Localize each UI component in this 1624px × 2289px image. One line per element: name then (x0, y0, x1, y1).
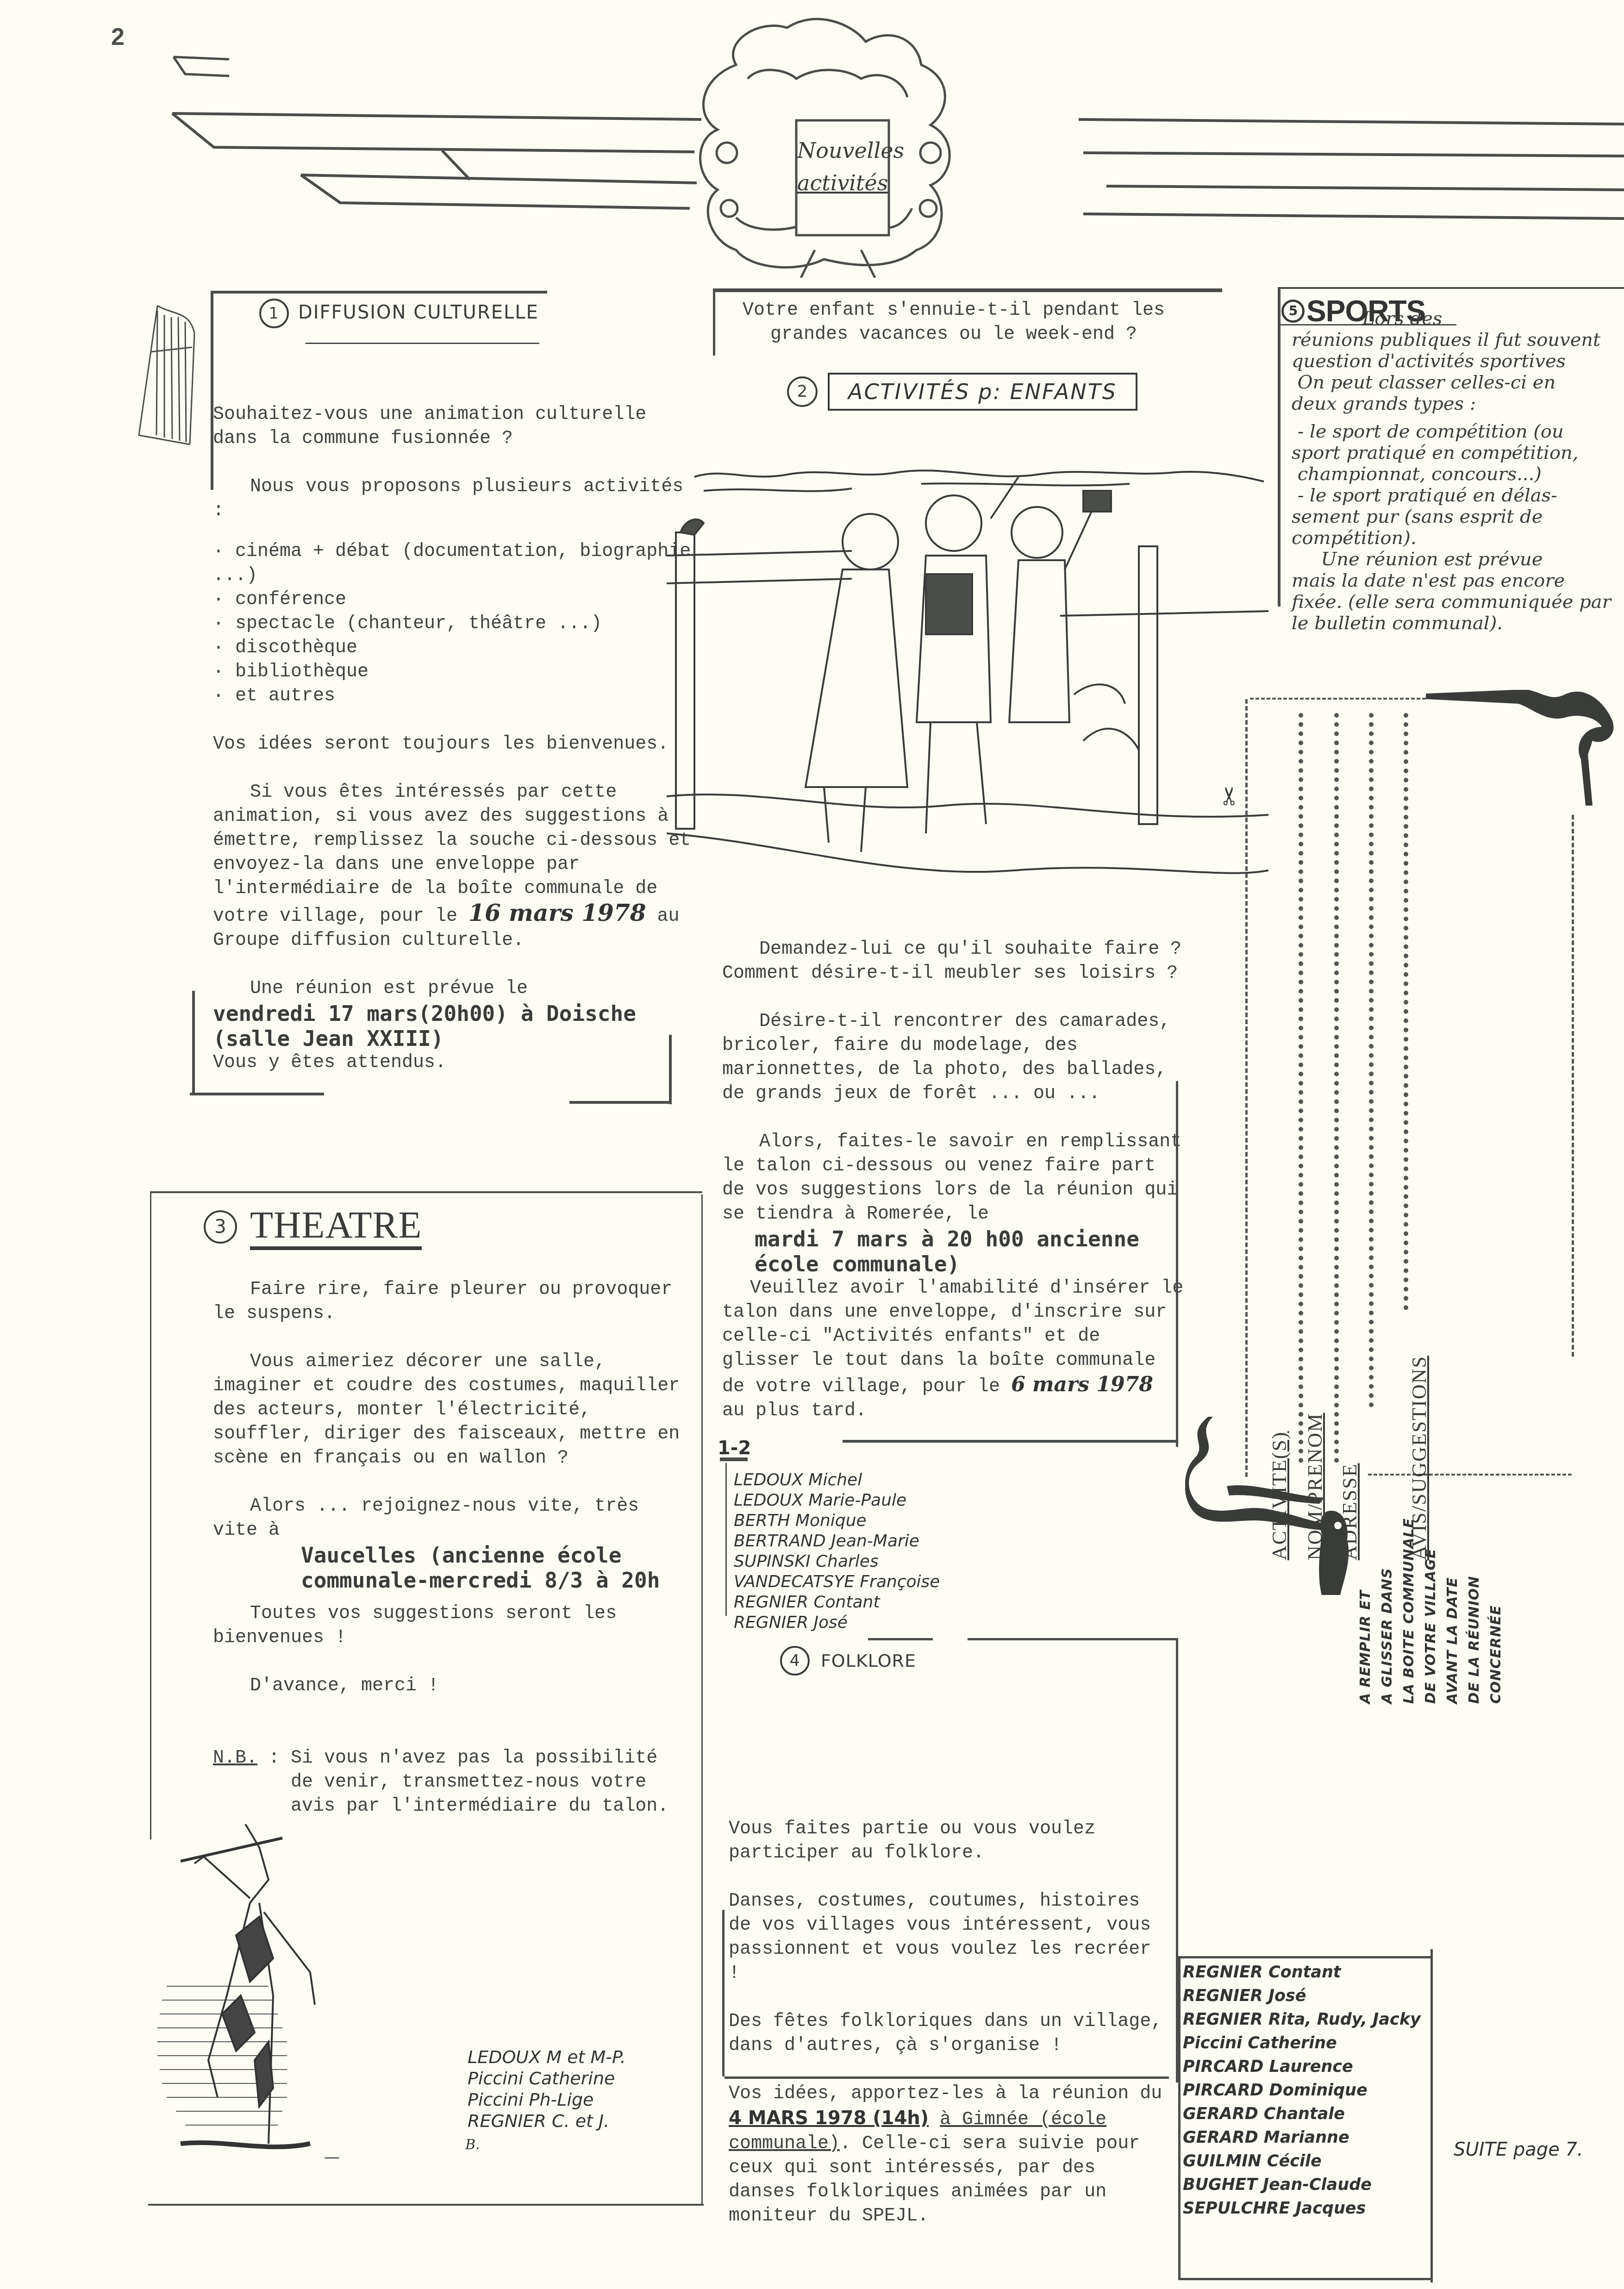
activity-item: spectacle (chanteur, théâtre ...) (213, 612, 694, 636)
contact-name: LEDOUX Michel (734, 1470, 940, 1490)
section2-p1: Demandez-lui ce qu'il souhaite faire ? C… (722, 938, 1185, 986)
contact-name: GUILMIN Cécile (1183, 2150, 1421, 2173)
section4-contacts-box-right (1430, 1949, 1433, 2283)
talon-cut-line-left[interactable] (1245, 699, 1248, 1477)
contact-name: SUPINSKI Charles (734, 1551, 940, 1572)
section2-frame-left (713, 291, 715, 356)
section5-line: On peut classer celles-ci en (1292, 372, 1624, 393)
section5-frame-left (1278, 287, 1280, 607)
section3-p5: D'avance, merci ! (213, 1674, 690, 1698)
section2-box-right (1176, 1081, 1178, 1447)
section3-frame-bottom (148, 2204, 704, 2206)
talon-instruction-line: A GLISSER DANS (1379, 1568, 1395, 1704)
section2-body: Demandez-lui ce qu'il souhaite faire ? C… (722, 938, 1185, 1423)
section4-p4-start: Vos idées, apportez-les à la réunion du (729, 2083, 1162, 2104)
section5-line: réunions publiques il fut souvent (1292, 329, 1624, 350)
section1-title-underline (306, 343, 539, 344)
section2-box-bottom (843, 1440, 1176, 1443)
activity-item: discothèque (213, 636, 694, 660)
section4-number-badge: 4 (780, 1646, 810, 1676)
section4-contacts-box-top (1178, 1956, 1433, 1958)
section1-heading: 1DIFFUSION CULTURELLE (259, 299, 539, 328)
section4-heading: 4 FOLKLORE (780, 1646, 916, 1676)
section1-proposal: Nous vous proposons plusieurs activités … (213, 475, 694, 523)
section2-frame-top (713, 288, 1222, 292)
harp-illustration (130, 296, 204, 449)
contact-name: REGNIER C. et J. (468, 2110, 626, 2132)
section5-line: Lors des (1292, 308, 1624, 329)
section4-body: Vous faites partie ou vous voulez partic… (729, 1817, 1173, 2228)
section2-meeting-detail: mardi 7 mars à 20 h00 ancienne école com… (722, 1226, 1185, 1276)
section5-line: sement pur (sans esprit de (1292, 506, 1624, 527)
section1-number-badge: 1 (259, 299, 289, 328)
contact-name: PIRCARD Dominique (1183, 2079, 1421, 2102)
scissors-icon: ✂ (1209, 786, 1250, 806)
section1-box-bottom (569, 1101, 671, 1104)
section4-contacts-box-left (1178, 1956, 1181, 2280)
section3-p1: Faire rire, faire pleurer ou provoquer l… (213, 1278, 690, 1326)
section3-heading: 3 THEATRE (204, 1204, 422, 1250)
contact-name: REGNIER Rita, Rudy, Jacky (1183, 2008, 1421, 2032)
contact-name: PIRCARD Laurence (1183, 2055, 1421, 2079)
section1-ideas: Vos idées seront toujours les bienvenues… (213, 732, 694, 757)
section4-p4: Vos idées, apportez-les à la réunion du … (729, 2082, 1173, 2228)
contact-name: Piccini Ph-Lige (468, 2089, 626, 2110)
section2-p2: Désire-t-il rencontrer des camarades, br… (722, 1010, 1185, 1106)
illustration-signature: B. (465, 2137, 480, 2153)
contact-name: GERARD Marianne (1183, 2126, 1421, 2150)
contact-name: Piccini Catherine (1183, 2032, 1421, 2055)
section3-frame-right (701, 1195, 703, 2204)
section5-line: mais la date n'est pas encore (1292, 570, 1624, 591)
section3-p2: Vous aimeriez décorer une salle, imagine… (213, 1350, 690, 1470)
section1-meeting-detail: vendredi 17 mars(20h00) à Doische (salle… (213, 1001, 694, 1051)
contact-name: GERARD Chantale (1183, 2102, 1421, 2126)
section1-body: Souhaitez-vous une animation culturelle … (213, 403, 694, 1075)
illustration-signature: — (324, 2148, 340, 2166)
header-title-line2: activités (797, 167, 888, 199)
section1-box-bottom (190, 1093, 324, 1095)
section1-box-left (192, 991, 195, 1093)
section2-heading: 2 ACTIVITÉS p: ENFANTS (787, 373, 1137, 411)
contact-name: BERTRAND Jean-Marie (734, 1531, 940, 1551)
section4-frame-top (968, 1638, 1177, 1640)
talon-instruction-line: AVANT LA DATE (1444, 1577, 1461, 1704)
section1-deadline: 16 mars 1978 (468, 899, 646, 926)
talon-instruction-line: A REMPLIR ET (1357, 1590, 1374, 1704)
section4-p1: Vous faites partie ou vous voulez partic… (729, 1817, 1173, 1865)
talon-dotted-line (1404, 713, 1413, 1310)
continued-on-page-link[interactable]: SUITE page 7. (1454, 2139, 1583, 2160)
section1-instructions: Si vous êtes intéressés par cette animat… (213, 781, 694, 953)
contact-name: VANDECATSYE Françoise (734, 1572, 940, 1592)
section2-p4-end: au plus tard. (722, 1401, 867, 1421)
section3-nb-text: Si vous n'avez pas la possibilité de ven… (291, 1746, 690, 1819)
section5-line: deux grands types : (1292, 393, 1624, 414)
talon-instruction-line: LA BOITE COMMUNALE (1401, 1518, 1417, 1704)
contact-name: Piccini Catherine (468, 2068, 626, 2089)
section1-intro: Souhaitez-vous une animation culturelle … (213, 403, 694, 451)
section2-deadline: 6 mars 1978 (1011, 1373, 1153, 1396)
contact-name: REGNIER Contant (734, 1592, 940, 1613)
section3-meeting-detail: Vaucelles (ancienne école communale-merc… (213, 1543, 690, 1593)
section2-p4: Veuillez avoir l'amabilité d'insérer le … (722, 1276, 1185, 1423)
section4-date: 4 MARS 1978 (14h) (729, 2108, 929, 2129)
activity-item: et autres (213, 684, 694, 708)
section1-title: DIFFUSION CULTURELLE (298, 302, 539, 323)
activity-item: bibliothèque (213, 660, 694, 684)
section4-p3: Des fêtes folkloriques dans un village, … (729, 2010, 1173, 2058)
activity-item: conférence (213, 588, 694, 612)
section5-line: championnat, concours...) (1292, 463, 1624, 485)
talon-dotted-line (1299, 713, 1308, 1463)
section5-body: Lors des réunions publiques il fut souve… (1292, 308, 1624, 634)
header-title: Nouvelles activités (797, 134, 888, 199)
section1-closing: Vous y êtes attendus. (213, 1051, 694, 1075)
pointing-hand-illustration (1312, 1507, 1359, 1600)
section2-intro: Votre enfant s'ennuie-t-il pendant les g… (722, 299, 1185, 347)
talon-dotted-line (1334, 713, 1343, 1463)
talon-instruction-line: CONCERNÉE (1488, 1605, 1504, 1704)
section5-line: - le sport de compétition (ou (1292, 421, 1624, 442)
section3-frame-top (151, 1191, 702, 1193)
section4-p2: Danses, costumes, coutumes, histoires de… (729, 1889, 1173, 1986)
contact-name: REGNIER José (1183, 1984, 1421, 2008)
section5-line: fixée. (elle sera communiquée par (1292, 591, 1624, 613)
section3-number-badge: 3 (204, 1210, 237, 1244)
section3-p3: Alors ... rejoignez-nous vite, très vite… (213, 1495, 690, 1543)
section4-frame-top (868, 1638, 933, 1640)
contact-name: LEDOUX M et M-P. (468, 2046, 626, 2068)
header-title-line1: Nouvelles (797, 134, 888, 167)
section3-contacts: LEDOUX M et M-P. Piccini Catherine Picci… (468, 2046, 626, 2132)
section3-nb-label: N.B. (213, 1746, 257, 1819)
contacts-1-2-label: 1-2 (718, 1438, 751, 1459)
contact-name: BERTH Monique (734, 1511, 940, 1531)
section4-box-left (722, 1910, 725, 2076)
talon-instruction-line: DE LA RÉUNION (1466, 1576, 1482, 1704)
talon-instruction-line: DE VOTRE VILLAGE (1423, 1549, 1439, 1704)
section5-line: compétition). (1292, 527, 1624, 549)
contacts-1-2-rule (725, 1463, 727, 1616)
section2-p3: Alors, faites-le savoir en remplissant l… (722, 1130, 1185, 1226)
talon-dotted-line (1369, 713, 1378, 1407)
activity-item: cinéma + débat (documentation, biographi… (213, 540, 694, 588)
talon-cut-line-top[interactable] (1250, 698, 1426, 700)
talon-cut-line-bottom[interactable] (1368, 1474, 1572, 1476)
contacts-1-2-underline (720, 1457, 748, 1461)
contact-name: REGNIER José (734, 1613, 940, 1633)
contact-name: SEPULCHRE Jacques (1183, 2197, 1421, 2220)
section3-p4: Toutes vos suggestions seront les bienve… (213, 1602, 690, 1650)
contact-name: BUGHET Jean-Claude (1183, 2173, 1421, 2197)
section4-contacts: REGNIER Contant REGNIER José REGNIER Rit… (1183, 1961, 1421, 2220)
section1-meeting-intro: Une réunion est prévue le (213, 977, 694, 1001)
section4-title: FOLKLORE (821, 1651, 916, 1671)
contact-name: REGNIER Contant (1183, 1961, 1421, 1984)
section1-box-right (669, 1035, 672, 1104)
section5-line: question d'activités sportives (1292, 350, 1624, 372)
ribbon-ornament-top (1426, 690, 1624, 829)
section5-frame-top (1278, 287, 1624, 289)
harlequin-illustration: — (153, 1820, 394, 2190)
section3-title: THEATRE (250, 1204, 422, 1250)
section3-nb: N.B. : Si vous n'avez pas la possibilité… (213, 1746, 690, 1819)
contacts-1-2-list: LEDOUX Michel LEDOUX Marie-Paule BERTH M… (734, 1470, 940, 1633)
section2-number-badge: 2 (787, 376, 818, 407)
section2-title: ACTIVITÉS p: ENFANTS (828, 373, 1137, 411)
section5-line: - le sport pratiqué en délas- (1292, 485, 1624, 506)
section5-line: Une réunion est prévue (1292, 549, 1624, 570)
contact-name: LEDOUX Marie-Paule (734, 1490, 940, 1511)
children-illustration (667, 463, 1268, 926)
section4-box-bottom (725, 2076, 1169, 2079)
section3-frame-left (150, 1191, 151, 1839)
section1-activity-list: cinéma + débat (documentation, biographi… (213, 540, 694, 708)
section3-body: Faire rire, faire pleurer ou provoquer l… (213, 1278, 690, 1819)
section1-frame-top (213, 291, 547, 294)
talon-cut-line-right[interactable] (1572, 815, 1574, 1357)
section5-line: le bulletin communal). (1292, 613, 1624, 634)
section4-contacts-box-bottom (1178, 2278, 1433, 2280)
section5-line: sport pratiqué en compétition, (1292, 442, 1624, 463)
